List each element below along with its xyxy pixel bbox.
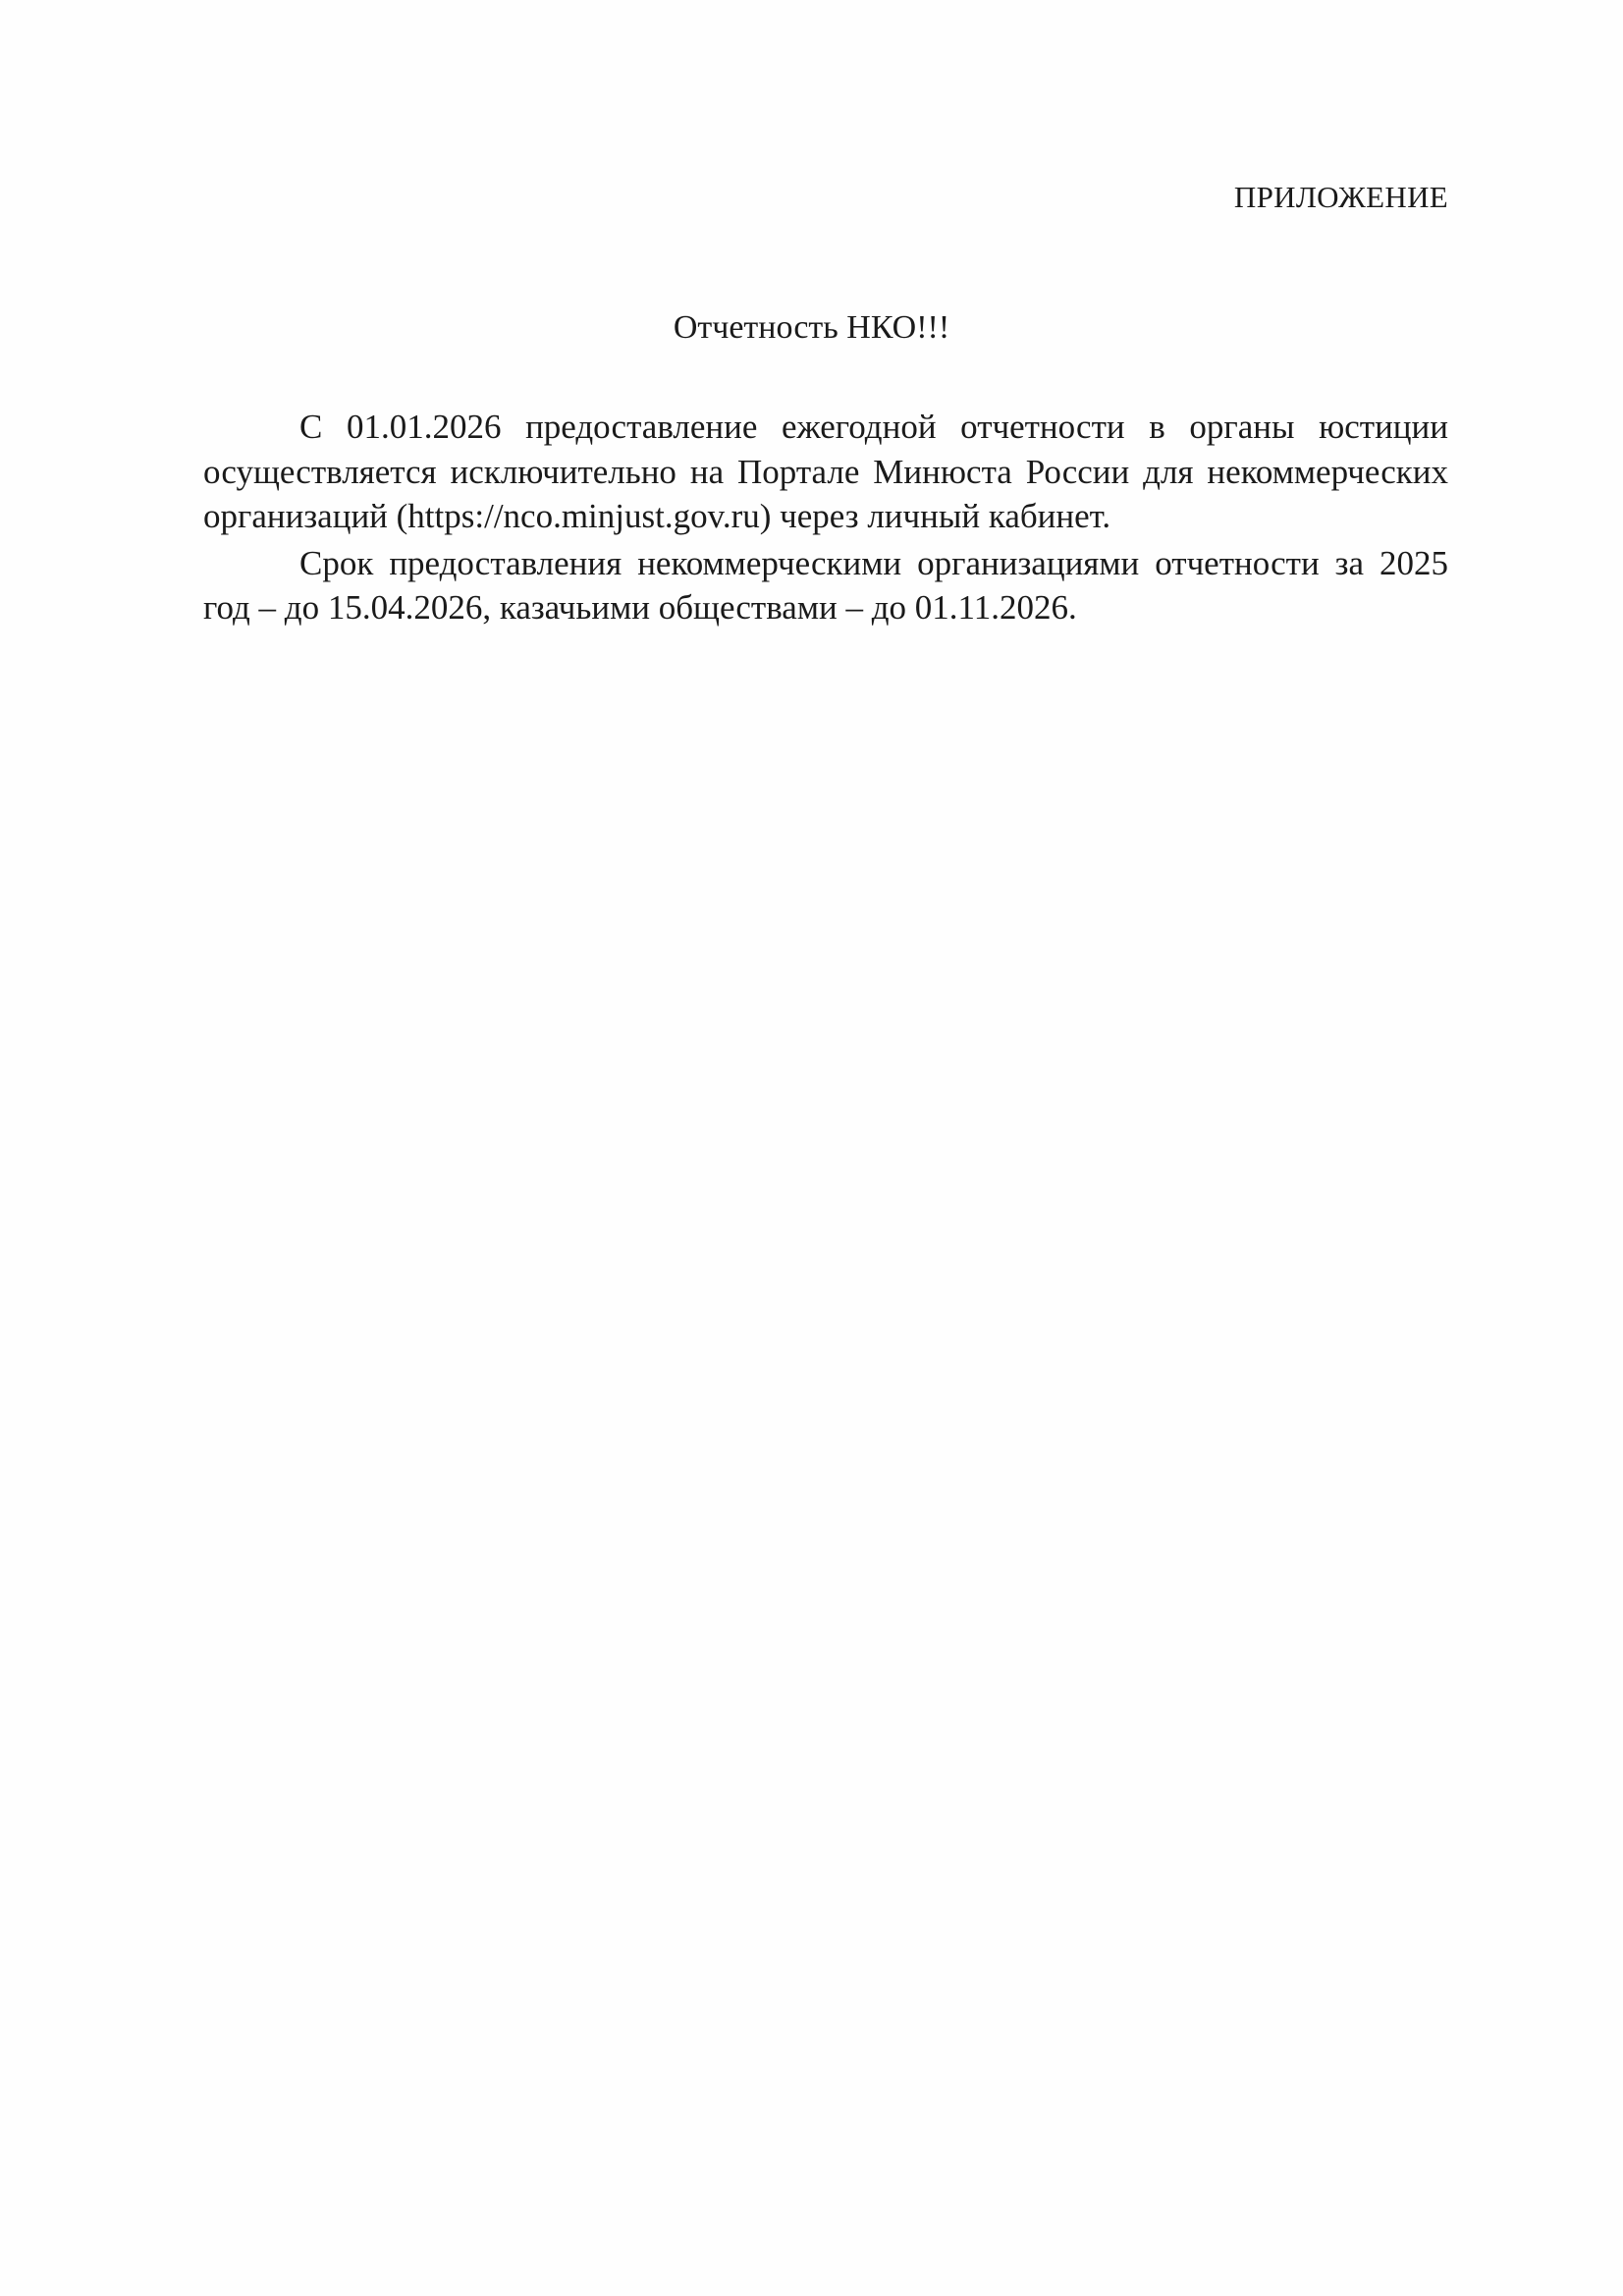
document-page: ПРИЛОЖЕНИЕ Отчетность НКО!!! С 01.01.202… — [0, 0, 1623, 2296]
paragraph-reporting-portal: С 01.01.2026 предоставление ежегодной от… — [203, 405, 1448, 539]
document-title: Отчетность НКО!!! — [0, 308, 1623, 348]
paragraph-reporting-deadlines: Срок предоставления некоммерческими орга… — [203, 541, 1448, 630]
appendix-label: ПРИЛОЖЕНИЕ — [1234, 180, 1448, 215]
document-body: С 01.01.2026 предоставление ежегодной от… — [203, 405, 1448, 630]
